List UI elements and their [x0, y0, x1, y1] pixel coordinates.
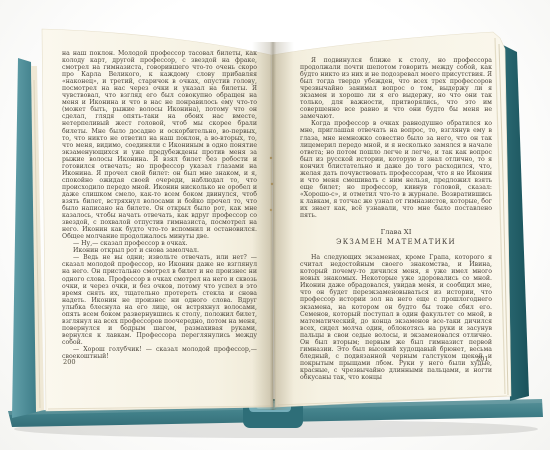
paragraph: Иконин открыл рот и снова замолчал.	[62, 247, 257, 254]
right-page-top-paragraphs: Я подвинулся ближе к столу, но профессор…	[300, 57, 492, 219]
stitching-dot	[270, 209, 272, 211]
paragraph: на наш поклон. Молодой профессор тасовал…	[62, 50, 257, 240]
chapter-title: ЭКЗАМЕН МАТЕМАТИКИ	[300, 239, 492, 246]
right-page-text: Я подвинулся ближе к столу, но профессор…	[300, 57, 492, 381]
left-page-number: 200	[63, 358, 76, 366]
chapter-label: Глава XI	[300, 229, 492, 236]
paragraph: Когда профессор в очках равнодушно обрат…	[300, 120, 492, 219]
paragraph: — Хорош голубчик! — сказал молодой профе…	[62, 346, 257, 360]
paragraph: Я подвинулся ближе к столу, но профессор…	[300, 57, 492, 120]
gutter-shadow	[252, 42, 294, 410]
right-page-number: 201	[476, 355, 489, 363]
paragraph: — Ну,— сказал профессор в очках.	[62, 240, 257, 247]
stitching-dot	[270, 157, 272, 159]
left-page-text: на наш поклон. Молодой профессор тасовал…	[62, 50, 257, 360]
right-page-bottom-paragraphs: На следующих экзаменах, кроме Грапа, кот…	[300, 254, 492, 381]
book-photo: на наш поклон. Молодой профессор тасовал…	[0, 0, 550, 450]
paragraph: На следующих экзаменах, кроме Грапа, кот…	[300, 254, 492, 381]
paragraph: — Ведь не вы одни; извольте отвечать, ил…	[62, 254, 257, 346]
stitching-dot	[271, 183, 273, 185]
